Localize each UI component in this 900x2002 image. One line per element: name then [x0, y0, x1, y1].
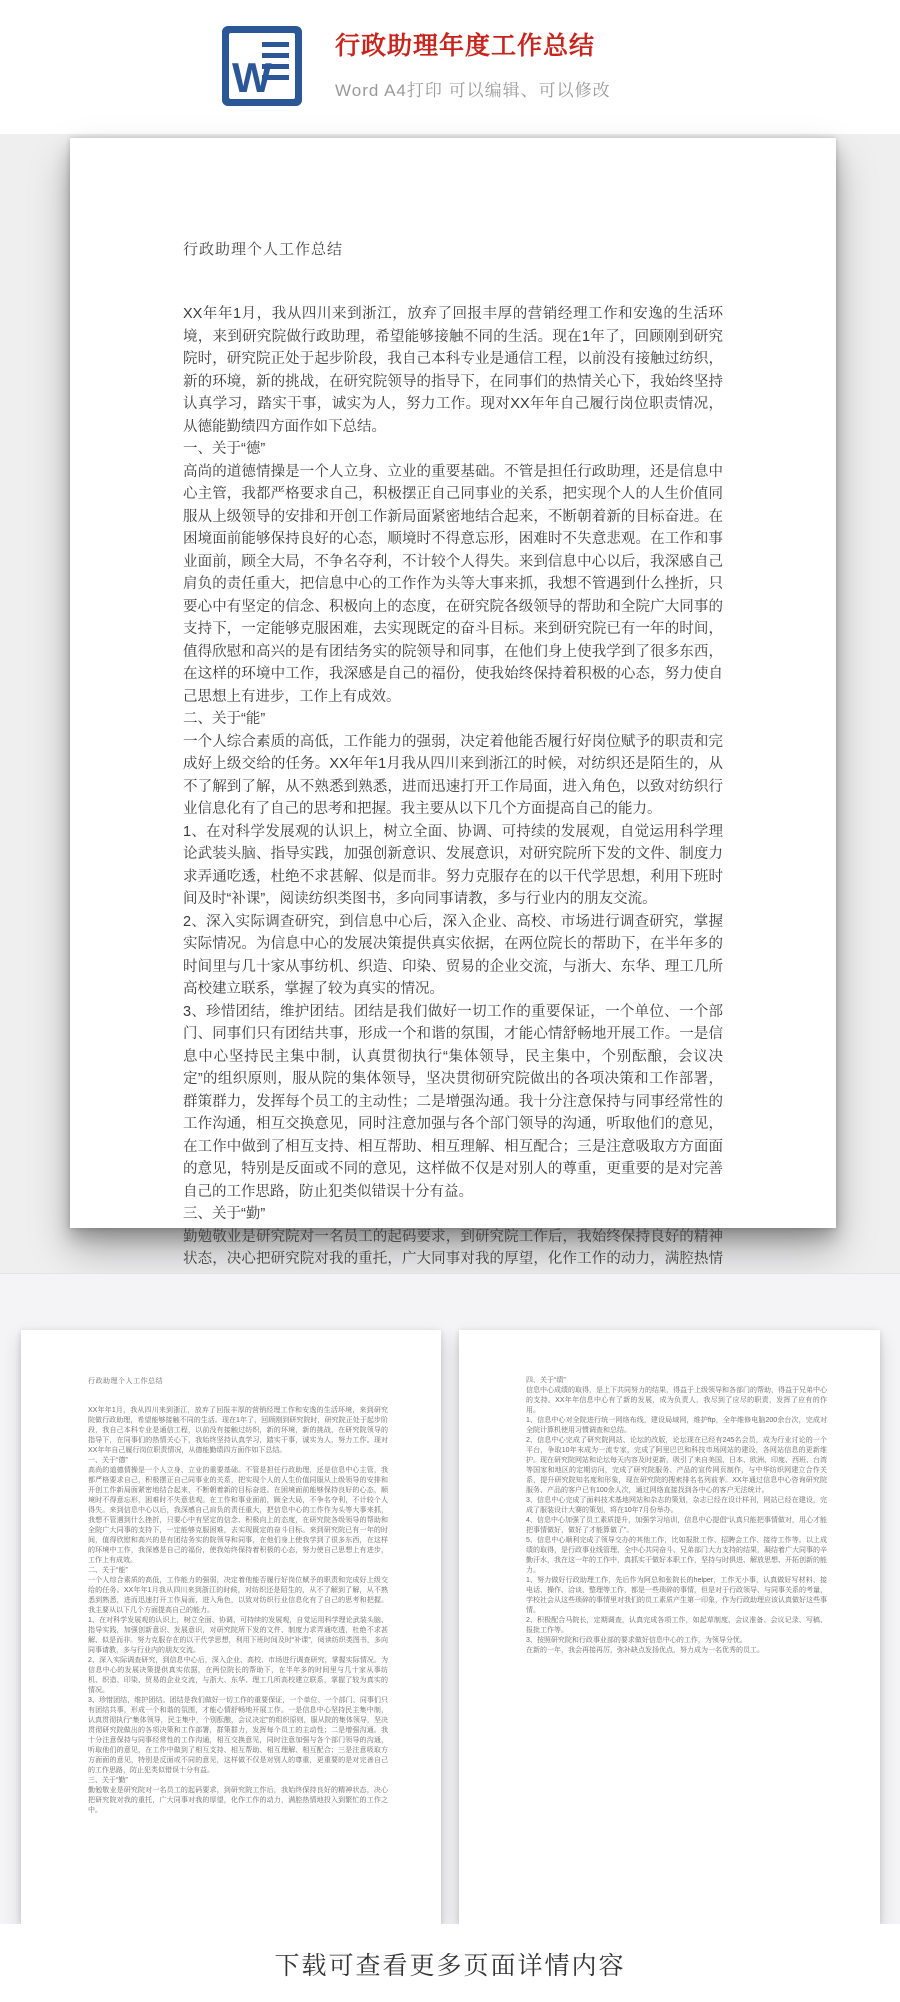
- thumb-paragraph: 1、努力做好行政助理工作，先后作为阿总和张院长的helper，工作无小事，认真做…: [526, 1576, 827, 1616]
- thumbnail-page-1-content: 行政助理个人工作总结 XX年年1月，我从四川来到浙江，放弃了回报丰厚的营销经理工…: [88, 1376, 388, 1816]
- word-icon: W: [222, 26, 302, 106]
- doc-paragraph: XX年年1月，我从四川来到浙江，放弃了回报丰厚的营销经理工作和安逸的生活环境，来…: [183, 303, 723, 438]
- thumb-paragraph: 1、在对科学发展观的认识上，树立全面、协调、可持续的发展观，自觉运用科学理论武装…: [88, 1616, 388, 1656]
- thumbnail-doc-title: 行政助理个人工作总结: [88, 1376, 388, 1386]
- page-title: 行政助理年度工作总结: [335, 26, 595, 62]
- thumbnail-page-2[interactable]: 四、关于“绩”信息中心成绩的取得，是上下共同努力的结果，得益于上级领导和各部门的…: [459, 1330, 880, 1924]
- thumbnail-page-2-body: 四、关于“绩”信息中心成绩的取得，是上下共同努力的结果，得益于上级领导和各部门的…: [526, 1376, 827, 1656]
- footer: 下载可查看更多页面详情内容: [0, 1924, 900, 2002]
- doc-paragraph: 2、深入实际调查研究，到信息中心后，深入企业、高校、市场进行调查研究，掌握实际情…: [183, 911, 723, 1001]
- thumb-paragraph: 2、信息中心完成了研究院网站、论坛的改版，论坛现在已经有245名会员，成为行业讨…: [526, 1436, 827, 1496]
- doc-paragraph: 二、关于“能”: [183, 708, 723, 731]
- thumb-paragraph: 2、深入实际调查研究，到信息中心后，深入企业、高校、市场进行调查研究，掌握实际情…: [88, 1656, 388, 1696]
- thumbnail-page-1[interactable]: 行政助理个人工作总结 XX年年1月，我从四川来到浙江，放弃了回报丰厚的营销经理工…: [21, 1330, 441, 1924]
- page-root: W 行政助理年度工作总结 Word A4打印 可以编辑、可以修改 行政助理个人工…: [0, 0, 900, 2002]
- footer-hint-text: 下载可查看更多页面详情内容: [0, 1946, 900, 1982]
- thumb-paragraph: 在新的一年，我会再接再厉，弥补缺点发扬优点，努力成为一名优秀的员工。: [526, 1646, 827, 1656]
- doc-paragraph: 三、关于“勤”: [183, 1203, 723, 1226]
- thumb-paragraph: 一个人综合素质的高低，工作能力的强弱，决定着他能否履行好岗位赋予的职责和完成好上…: [88, 1576, 388, 1616]
- thumb-paragraph: 2、积极配合马院长，定期调查，认真完成各项工作，如起草制度、会议准备、会议记录、…: [526, 1616, 827, 1636]
- page-subtitle: Word A4打印 可以编辑、可以修改: [335, 76, 611, 101]
- header: W 行政助理年度工作总结 Word A4打印 可以编辑、可以修改: [0, 0, 900, 134]
- word-icon-letter: W: [232, 57, 272, 99]
- doc-page-title: 行政助理个人工作总结: [183, 238, 723, 259]
- doc-paragraph: 一、关于“德”: [183, 438, 723, 461]
- thumb-paragraph: 3、信息中心完成了面料技术基地网站和杂志的策划，杂志已经在设计样刊，网站已经在建…: [526, 1496, 827, 1516]
- thumb-paragraph: 3、按照研究院和行政事业部的要求做好信息中心的工作，为领导分忧。: [526, 1636, 827, 1646]
- page-preview-1-content: 行政助理个人工作总结 XX年年1月，我从四川来到浙江，放弃了回报丰厚的营销经理工…: [183, 238, 723, 1293]
- thumbnail-page-1-body: XX年年1月，我从四川来到浙江，放弃了回报丰厚的营销经理工作和安逸的生活环境，来…: [88, 1406, 388, 1816]
- thumb-paragraph: XX年年1月，我从四川来到浙江，放弃了回报丰厚的营销经理工作和安逸的生活环境，来…: [88, 1406, 388, 1456]
- doc-paragraph: 高尚的道德情操是一个人立身、立业的重要基础。不管是担任行政助理，还是信息中心主管…: [183, 461, 723, 709]
- thumb-paragraph: 信息中心成绩的取得，是上下共同努力的结果，得益于上级领导和各部门的帮助，得益于兄…: [526, 1386, 827, 1416]
- doc-paragraph: 3、珍惜团结，维护团结。团结是我们做好一切工作的重要保证，一个单位、一个部门、同…: [183, 1001, 723, 1204]
- thumb-paragraph: 三、关于“勤”: [88, 1776, 388, 1786]
- thumbnail-page-2-content: 四、关于“绩”信息中心成绩的取得，是上下共同努力的结果，得益于上级领导和各部门的…: [526, 1376, 827, 1656]
- thumb-paragraph: 1、信息中心对全院进行统一网络布线，建设局域网，维护ftp，全年维修电脑200余…: [526, 1416, 827, 1436]
- doc-paragraph: 1、在对科学发展观的认识上，树立全面、协调、可持续的发展观，自觉运用科学理论武装…: [183, 821, 723, 911]
- thumb-paragraph: 二、关于“能”: [88, 1566, 388, 1576]
- thumb-paragraph: 高尚的道德情操是一个人立身、立业的重要基础。不管是担任行政助理，还是信息中心主管…: [88, 1466, 388, 1566]
- doc-page-body: XX年年1月，我从四川来到浙江，放弃了回报丰厚的营销经理工作和安逸的生活环境，来…: [183, 303, 723, 1293]
- thumb-paragraph: 4、信息中心加强了员工素质提升，加强学习培训，信息中心提倡“认真只能把事情做对，…: [526, 1516, 827, 1536]
- page-preview-1[interactable]: 行政助理个人工作总结 XX年年1月，我从四川来到浙江，放弃了回报丰厚的营销经理工…: [70, 138, 836, 1228]
- thumb-paragraph: 四、关于“绩”: [526, 1376, 827, 1386]
- word-icon-paper: W: [229, 33, 295, 99]
- thumb-paragraph: 3、珍惜团结，维护团结。团结是我们做好一切工作的重要保证，一个单位、一个部门、同…: [88, 1696, 388, 1776]
- thumb-paragraph: 5、信息中心顺利完成了领导交办的其他工作，比如报批工作、招聘会工作、接待工作等。…: [526, 1536, 827, 1576]
- thumb-paragraph: 勤勉敬业是研究院对一名员工的起码要求，到研究院工作后，我始终保持良好的精神状态，…: [88, 1786, 388, 1816]
- doc-paragraph: 一个人综合素质的高低，工作能力的强弱，决定着他能否履行好岗位赋予的职责和完成好上…: [183, 731, 723, 821]
- thumb-paragraph: 一、关于“德”: [88, 1456, 388, 1466]
